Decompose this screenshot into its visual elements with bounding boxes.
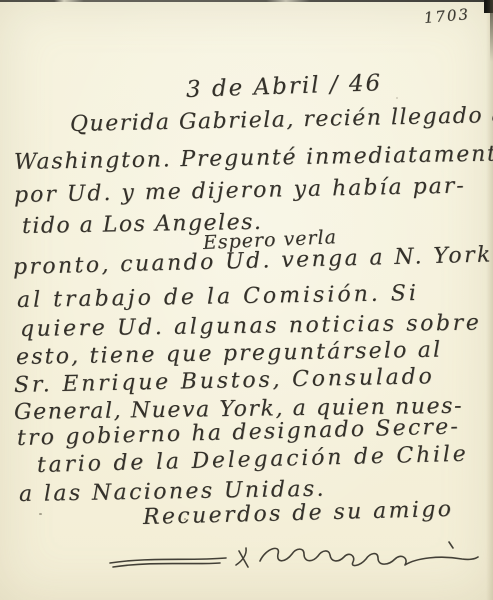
body-line: Washington. Pregunté inmediatamente [14,143,493,174]
paper-speck [39,513,42,515]
signature-scrawl [108,540,480,580]
paper-speck [184,518,186,520]
body-line: Sr. Enrique Bustos, Consulado [14,366,435,397]
letter-paper: 1703 3 de Abril / 46 Querida Gabriela, r… [0,0,493,600]
body-line: pronto, cuando Ud. venga a N. York [13,244,493,279]
scan-edge-right-shadow [486,0,493,600]
body-line: quiere Ud. algunas noticias sobre [20,313,482,341]
scan-edge-top [0,0,493,2]
closing-line: Recuerdos de su amigo [143,499,454,529]
body-line: por Ud. y me dijeron ya había par- [14,176,466,207]
paper-speck [396,97,398,99]
archive-number: 1703 [423,7,470,26]
salutation-line: Querida Gabriela, recién llegado a [70,105,493,136]
date-line: 3 de Abril / 46 [186,72,383,102]
body-line: al trabajo de la Comisión. Si [17,283,419,312]
